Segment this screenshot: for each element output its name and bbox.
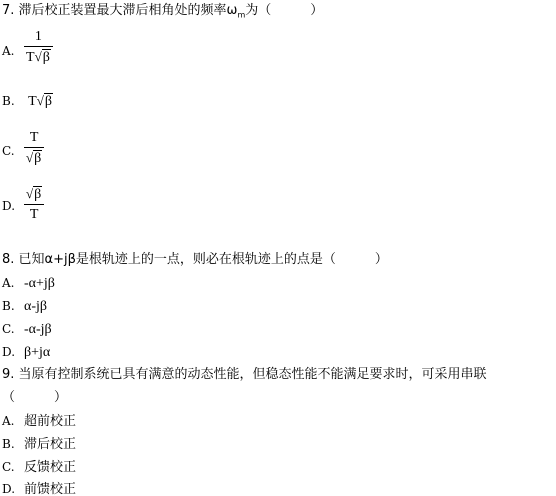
question-8-stem: 8. 已知α+jβ是根轨迹上的一点，则必在根轨迹上的点是（ ）	[2, 252, 388, 268]
radicand: β	[44, 93, 53, 109]
fraction-bar	[24, 46, 53, 47]
question-9-stem: 9. 当原有控制系统已具有满意的动态性能，但稳态性能不能满足要求时，可采用串联	[2, 367, 487, 383]
option-label: A.	[2, 275, 24, 291]
option-text: -α-jβ	[24, 322, 52, 337]
numerator: √β	[24, 186, 44, 202]
option-8d[interactable]: D.β+jα	[2, 344, 50, 361]
question-text: 滞后校正装置最大滞后相角处的频率ω	[19, 3, 238, 18]
option-9b[interactable]: B.滞后校正	[2, 436, 76, 453]
question-number: 7.	[2, 3, 14, 18]
radicand: β	[42, 49, 51, 65]
question-number: 9.	[2, 367, 14, 382]
option-8b[interactable]: B.α-jβ	[2, 298, 47, 315]
question-number: 8.	[2, 252, 14, 267]
denominator: T√β	[24, 49, 53, 65]
option-9d[interactable]: D.前馈校正	[2, 481, 76, 496]
option-text: α-jβ	[24, 299, 47, 314]
option-label: D.	[2, 344, 24, 360]
radicand: β	[33, 150, 42, 166]
option-label: B.	[2, 298, 24, 314]
question-text-tail: 为（ ）	[245, 3, 323, 18]
fraction-bar	[24, 204, 44, 205]
option-8a[interactable]: A.-α+jβ	[2, 275, 55, 292]
option-expression: T√β	[28, 94, 53, 109]
option-7b[interactable]: B. T√β	[2, 93, 53, 110]
option-label: C.	[2, 321, 24, 337]
numerator: T	[28, 130, 41, 145]
denominator: T	[28, 207, 41, 222]
option-7d[interactable]: D.	[2, 199, 24, 214]
option-label: A.	[2, 413, 24, 429]
option-9a[interactable]: A.超前校正	[2, 413, 76, 430]
option-text: -α+jβ	[24, 276, 55, 291]
question-7-stem: 7. 滞后校正装置最大滞后相角处的频率ωm为（ ）	[2, 3, 323, 24]
prefix: T	[28, 94, 37, 109]
option-label: B.	[2, 94, 24, 108]
radicand: β	[33, 186, 42, 202]
sqrt-icon: √β	[35, 49, 51, 65]
option-7c[interactable]: C.	[2, 144, 24, 159]
option-text: β+jα	[24, 345, 50, 360]
fraction-bar	[24, 147, 44, 148]
fraction-7c: T √β	[24, 130, 44, 166]
option-label: B.	[2, 436, 24, 452]
option-7a[interactable]: A.	[2, 44, 24, 59]
question-text: 当原有控制系统已具有满意的动态性能，但稳态性能不能满足要求时，可采用串联	[19, 367, 487, 382]
option-9c[interactable]: C.反馈校正	[2, 459, 76, 476]
option-label: D.	[2, 199, 24, 213]
option-label: C.	[2, 144, 24, 158]
option-text: 滞后校正	[24, 437, 76, 452]
option-text: 前馈校正	[24, 482, 76, 496]
sqrt-icon: √β	[26, 186, 42, 202]
option-label: D.	[2, 481, 24, 496]
den-prefix: T	[26, 50, 35, 65]
question-text: 已知α+jβ是根轨迹上的一点，则必在根轨迹上的点是（ ）	[19, 252, 388, 267]
fraction-7d: √β T	[24, 186, 44, 222]
option-label: C.	[2, 459, 24, 475]
option-8c[interactable]: C.-α-jβ	[2, 321, 52, 338]
option-text: 反馈校正	[24, 460, 76, 475]
option-text: 超前校正	[24, 414, 76, 429]
question-9-stem-line2: （ ）	[2, 390, 67, 406]
sqrt-icon: √β	[37, 93, 53, 110]
option-label: A.	[2, 44, 24, 58]
sqrt-icon: √β	[26, 150, 42, 166]
answer-blank: （ ）	[2, 390, 67, 405]
numerator: 1	[33, 29, 44, 44]
denominator: √β	[24, 150, 44, 166]
fraction-7a: 1 T√β	[24, 29, 53, 65]
